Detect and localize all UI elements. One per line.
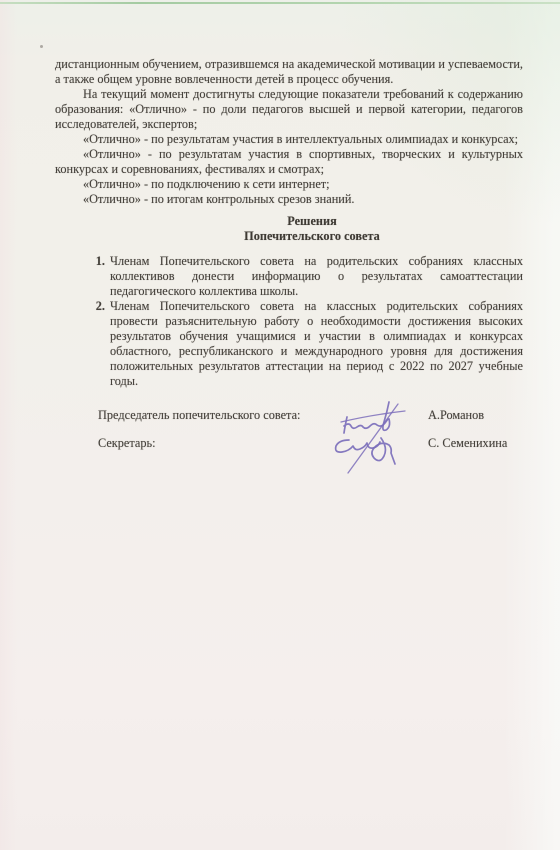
signature-name-secretary: С. Семенихина bbox=[428, 436, 507, 451]
decision-item-2: Членам Попечительского совета на классны… bbox=[108, 299, 523, 389]
signature-name-chairman: А.Романов bbox=[428, 408, 484, 423]
paragraph-indicators: На текущий момент достигнуты следующие п… bbox=[55, 87, 523, 132]
scanned-document-page: дистанционным обучением, отразившемся на… bbox=[0, 0, 560, 850]
signature-row-chairman: Председатель попечительского совета: А.Р… bbox=[55, 408, 523, 423]
paragraph-olympiads: «Отлично» - по результатам участия в инт… bbox=[55, 132, 523, 147]
paragraph-intro: дистанционным обучением, отразившемся на… bbox=[55, 57, 523, 87]
signature-label-secretary: Секретарь: bbox=[98, 436, 156, 450]
heading-line-2: Попечительского совета bbox=[78, 229, 546, 244]
section-heading: Решения Попечительского совета bbox=[78, 214, 546, 244]
paragraph-tests: «Отлично» - по итогам контрольных срезов… bbox=[55, 192, 523, 207]
scan-edge-line bbox=[0, 2, 560, 4]
document-content: дистанционным обучением, отразившемся на… bbox=[55, 57, 523, 518]
decisions-list: Членам Попечительского совета на родител… bbox=[55, 254, 523, 389]
decision-item-1: Членам Попечительского совета на родител… bbox=[108, 254, 523, 299]
heading-line-1: Решения bbox=[78, 214, 546, 229]
signature-block: Председатель попечительского совета: А.Р… bbox=[55, 408, 523, 518]
signature-row-secretary: Секретарь: С. Семенихина bbox=[55, 436, 523, 451]
scan-speck bbox=[40, 45, 43, 48]
paragraph-contests: «Отлично» - по результатам участия в спо… bbox=[55, 147, 523, 177]
signature-label-chairman: Председатель попечительского совета: bbox=[98, 408, 300, 422]
handwritten-signatures-ink-icon bbox=[325, 400, 410, 478]
paragraph-internet: «Отлично» - по подключению к сети интерн… bbox=[55, 177, 523, 192]
